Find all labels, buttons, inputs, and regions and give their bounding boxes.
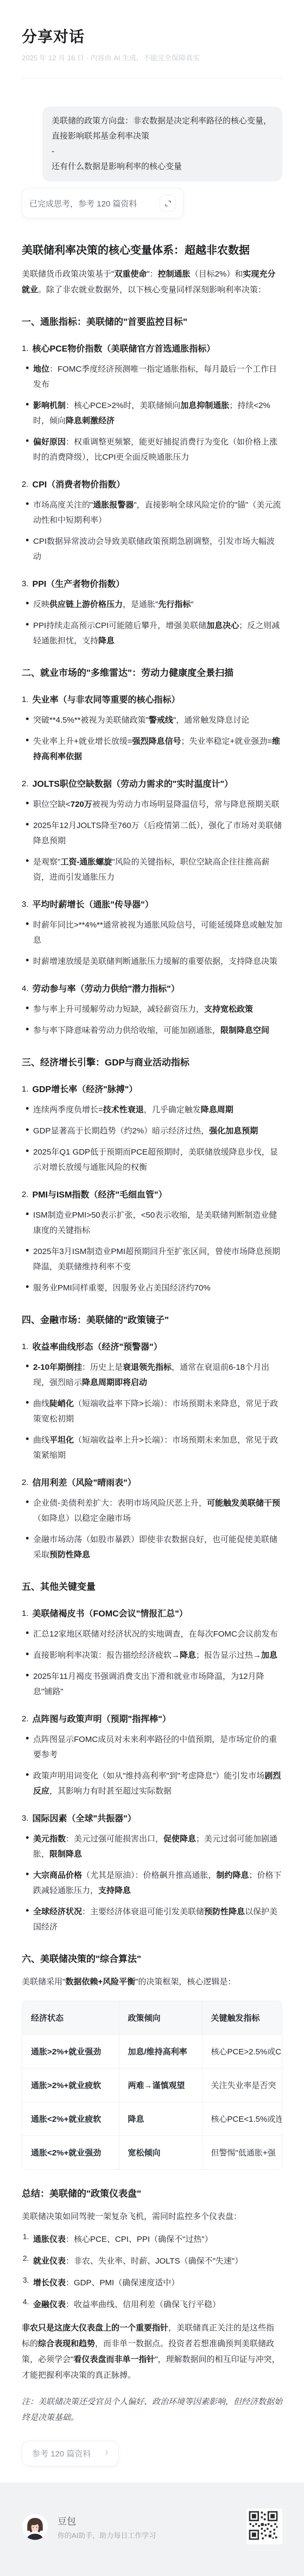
list-number: 1. (22, 342, 29, 355)
bold-text: 降息周期即将启动 (82, 1378, 147, 1387)
bullet-item: ●影响机制：核心PCE>2%时，美联储倾向加息抑制通胀；持续<2%时，倾向降息刺… (33, 398, 282, 429)
text-run: 2025年11月褐皮书强调消费支出下滑和就业市场降温，为12月降息"铺路" (33, 1672, 264, 1696)
table-header-cell: 关键触发指标 (202, 2001, 282, 2035)
bullet-dot: ● (26, 1122, 29, 1137)
article-subheading: 1.美联储褐皮书（FOMC会议"情报汇总"） (22, 1607, 282, 1621)
bold-text: 看仪表盘而非单一指针 (73, 2355, 155, 2364)
text-run: 美联储货币政策决策基于" (22, 269, 114, 279)
text-run: 参与率下降意味着劳动力供给收缩，可能加剧通胀， (33, 1026, 220, 1035)
text-run: 是观察" (33, 857, 60, 867)
list-number: 2. (22, 1188, 29, 1201)
text-run: 2025年Q1 GDP低于预期而PCE超预期时，美联储放缓降息步伐，显示对增长放… (33, 1148, 278, 1172)
text-run: 信用利差（风险"晴雨表"） (33, 1478, 136, 1488)
bullet-dot: ● (26, 853, 29, 868)
text-run: ISM制造业PMI>50表示扩张，<50表示收缩，是美联储判断制造业健康度的关键… (33, 1211, 277, 1235)
text-run: 一、通胀指标：美联储的"首要监控目标" (22, 317, 187, 327)
text-run: 二、就业市场的"多维雷达"：劳动力健康度全景扫描 (22, 668, 233, 678)
text-run: 美联储利率决策的核心变量体系：超越非农数据 (22, 245, 250, 256)
bold-text: 强化加息预期 (209, 1126, 258, 1136)
page-meta: 2025 年 12 月 16 日 · 内容由 AI 生成，不能完全保障真实 (22, 52, 282, 62)
text-run: 政策声明用词变化（如从"维持高利率"到"考虑降息"）能引发市场 (33, 1771, 264, 1781)
footer-brand: 豆包 你的AI助手，助力每日工作学习 (22, 2514, 156, 2540)
text-run: "： (147, 269, 157, 279)
text-run: ，其影响力有时甚至超过实际数据 (49, 1787, 172, 1796)
bullet-list: ●企业债-美债利差扩大：表明市场风险厌恶上升，可能触发美联储干预（如降息）以稳定… (22, 1496, 282, 1563)
text-run: 服务业PMI同样重要，因服务业占美国经济约70% (33, 1283, 211, 1293)
bold-text: 地位 (33, 365, 49, 374)
bold-text: 全球经济状况 (33, 1907, 82, 1916)
article-heading: 美联储利率决策的核心变量体系：超越非农数据 (22, 242, 282, 259)
article-subheading: 1.收益率曲线形态（经济"预警器"） (22, 1340, 282, 1354)
main-content: 分享对话 2025 年 12 月 16 日 · 内容由 AI 生成，不能完全保障… (0, 0, 304, 2483)
table-cell: 核心PCE>2.5%或C (202, 2035, 282, 2069)
bold-text: 制约降息 (217, 1871, 249, 1880)
text-run: 美联储褐皮书（FOMC会议"情报汇总"） (33, 1609, 188, 1619)
bullet-item: ●突破**4.5%**被视为美联储政策"警戒线"，通常触发降息讨论 (33, 713, 282, 728)
text-run: 曲线 (33, 1399, 49, 1408)
bullet-dot: ● (26, 1101, 29, 1116)
bullet-item: ●服务业PMI同样重要，因服务业占美国经济约70% (33, 1281, 282, 1296)
bullet-item: ●ISM制造业PMI>50表示扩张，<50表示收缩，是美联储判断制造业健康度的关… (33, 1208, 282, 1238)
bullet-dot: ● (26, 397, 29, 412)
bold-text: 金融仪表 (33, 2300, 66, 2309)
table-cell: 宽松倾向 (119, 2136, 202, 2170)
bullet-list: ●时薪年同比>**4%**通常被视为通胀风险信号，可能延缓降息或触发加息●时薪增… (22, 918, 282, 969)
bullet-list: ●市场高度关注的"通胀报警器"，直接影响全球风险定价的"锚"（美元流动性和中短期… (22, 498, 282, 565)
text-run: 国际因素（全球"共振器"） (33, 1814, 136, 1823)
bold-text: 陡峭化 (49, 1399, 74, 1408)
bullet-dot: ● (26, 1243, 29, 1258)
article-heading: 三、经济增长引擎：GDP与商业活动指标 (22, 1056, 282, 1070)
list-number: 3. (22, 577, 29, 591)
bullet-list: ●美元指数：美元过强可能损害出口，促使降息；美元过弱可能加剧通胀，限制降息●大宗… (22, 1832, 282, 1935)
bullet-item: ●失业率上升+就业增长放缓=强烈降息信号；失业率稳定+就业强劲=维持高利率依据 (33, 734, 282, 764)
bullet-dot: ● (26, 596, 29, 611)
list-number: 1. (23, 2229, 29, 2245)
bullet-dot: ● (26, 711, 29, 726)
expand-button[interactable] (160, 195, 176, 211)
list-number: 1. (22, 1607, 29, 1620)
bold-text: 通胀报警器 (93, 500, 134, 510)
text-run: 时薪年同比>**4%**通常被视为通胀风险信号，可能延缓降息或触发加息 (33, 920, 282, 945)
subheading-text: 劳动参与率（劳动力供给"潜力指标"） (33, 982, 180, 996)
bold-text: 强烈降息信号 (132, 737, 181, 746)
bullet-item: ●曲线陡峭化（短端收益率下降>长端）：市场预期未来降息，常见于政策宽松初期 (33, 1396, 282, 1427)
list-number: 1. (22, 693, 29, 706)
bullet-item: ●全球经济状况：主要经济体衰退可能引发美联储预防性降息以保护美国经济 (33, 1904, 282, 1935)
table-row: 通胀>2%+就业强劲加息/维持高利率核心PCE>2.5%或C (22, 2035, 282, 2069)
list-number: 2. (22, 1712, 29, 1726)
bullet-item: ●参与率下降意味着劳动力供给收缩，可能加剧通胀，限制降息空间 (33, 1023, 282, 1038)
text-run: CPI数据异常波动会导致美联储政策预期急剧调整，引发市场大幅波动 (33, 537, 275, 561)
text-run: JOLTS职位空缺数据（劳动力需求的"实时温度计"） (33, 780, 233, 789)
bullet-item: ●美元指数：美元过强可能损害出口，促使降息；美元过弱可能加剧通胀，限制降息 (33, 1832, 282, 1862)
subheading-text: JOLTS职位空缺数据（劳动力需求的"实时温度计"） (33, 778, 233, 791)
bold-text: 非农只是这庞大仪表盘上的一个重要指针 (22, 2323, 168, 2333)
table-cell: 通胀<2%+就业疲软 (22, 2102, 119, 2136)
bold-text: 供应链上游价格压力 (49, 600, 123, 609)
text-run: 失业率（与非农同等重要的核心指标） (33, 695, 180, 705)
text-run: 核心PCE物价指数（美联储官方首选通胀指标） (33, 344, 216, 354)
bold-text: 加息抑制通胀 (180, 401, 229, 410)
bullet-item: ●企业债-美债利差扩大：表明市场风险厌恶上升，可能触发美联储干预（如降息）以稳定… (33, 1496, 282, 1526)
text-run: 六、美联储决策的"综合算法" (22, 1954, 141, 1964)
bold-text: 数据依赖+风险平衡 (65, 1977, 135, 1986)
user-message-line: 美联储的政策方向盘：非农数据是决定利率路径的核心变量，直接影响联邦基金利率决策 (52, 114, 273, 144)
text-run: 市场高度关注的" (33, 500, 93, 510)
text-run: 2025年12月JOLTS降至760万（后疫情第二低），强化了市场对美联储降息预… (33, 821, 282, 845)
bullet-list: ●参与率上升可缓解劳动力短缺，减轻薪资压力，支持宽松政策●参与率下降意味着劳动力… (22, 1002, 282, 1038)
text-run: 参与率上升可缓解劳动力短缺，减轻薪资压力， (33, 1005, 204, 1014)
bullet-dot: ● (26, 1646, 29, 1662)
subheading-text: 平均时薪增长（通胀"传导器"） (33, 898, 154, 912)
article-subheading: 1.核心PCE物价指数（美联储官方首选通胀指标） (22, 342, 282, 356)
bullet-item: ●2-10年期倒挂：历史上是衰退领先指标，通常在衰退前6-18个月出现，强烈暗示… (33, 1360, 282, 1390)
bold-text: 技术性衰退 (103, 1105, 144, 1114)
subheading-text: 失业率（与非农同等重要的核心指标） (33, 693, 180, 707)
text-run: 直接影响利率决策：报告描绘经济疲软→ (33, 1651, 180, 1660)
decision-table: 经济状态政策倾向关键触发指标通胀>2%+就业强劲加息/维持高利率核心PCE>2.… (22, 2001, 282, 2170)
bullet-item: ●是观察"工资-通胀螺旋"风险的关键指标，职位空缺高企往往推高薪资，进而引发通胀… (33, 855, 282, 885)
article-subheading: 4.劳动参与率（劳动力供给"潜力指标"） (22, 982, 282, 996)
table-row: 通胀<2%+就业强劲宽松倾向但警惕"低通胀+强 (22, 2136, 282, 2170)
table: 经济状态政策倾向关键触发指标通胀>2%+就业强劲加息/维持高利率核心PCE>2.… (22, 2001, 282, 2169)
user-message-row: 美联储的政策方向盘：非农数据是决定利率路径的核心变量，直接影响联邦基金利率决策-… (22, 106, 282, 181)
bold-text: 2-10年期倒挂 (33, 1363, 82, 1372)
list-number: 4. (22, 982, 29, 995)
text-run: 四、金融市场：美联储的"政策镜子" (22, 1315, 169, 1325)
bullet-list: ●职位空缺<720万被视为劳动力市场明显降温信号，常与降息预期关联●2025年1… (22, 797, 282, 885)
bullet-item: ●2025年Q1 GDP低于预期而PCE超预期时，美联储放缓降息步伐，显示对增长… (33, 1145, 282, 1175)
article-subheading: 1.失业率（与非农同等重要的核心指标） (22, 693, 282, 707)
article-paragraph: 美联储决策如同驾驶一架复杂飞机，需同时监控多个仪表盘： (22, 2209, 282, 2224)
text-run: ：收益率曲线、信用利差（确保飞行平稳） (66, 2300, 220, 2309)
list-number: 2. (22, 777, 29, 791)
text-run: GDP增长率（经济"脉搏"） (33, 1085, 138, 1094)
thinking-status-label: 已完成思考，参考 120 篇资料 (29, 198, 137, 209)
text-run: 点阵图显示FOMC成员对未来利率路径的中值预期，是市场定价的重要参考 (33, 1735, 277, 1759)
text-run: PPI持续走高预示CPI可能随后攀升，增强美联储 (33, 621, 206, 630)
bold-text: 降息刺激经济 (66, 416, 115, 425)
bullet-item: ●点阵图显示FOMC成员对未来利率路径的中值预期，是市场定价的重要参考 (33, 1732, 282, 1763)
share-conversation-page: 分享对话 2025 年 12 月 16 日 · 内容由 AI 生成，不能完全保障… (0, 0, 304, 2576)
subheading-text: PMI与ISM指数（经济"毛细血管"） (33, 1188, 167, 1202)
article-heading: 一、通胀指标：美联储的"首要监控目标" (22, 315, 282, 329)
bold-text: 控制通胀 (158, 269, 191, 279)
list-number: 2. (22, 478, 29, 491)
table-row: 通胀<2%+就业疲软降息核心PCE<1.5%或连 (22, 2102, 282, 2136)
bullet-dot: ● (26, 916, 29, 931)
page-title: 分享对话 (22, 25, 282, 47)
expand-icon (164, 199, 172, 208)
bold-text: 通胀仪表 (33, 2235, 66, 2244)
article-heading: 四、金融市场：美联储的"政策镜子" (22, 1313, 282, 1327)
text-run: （如降息）以稳定金融市场 (33, 1514, 131, 1523)
bold-text: 偏好原因 (33, 437, 66, 447)
table-cell: 关注失业率是否突 (202, 2069, 282, 2102)
bullet-dot: ● (26, 1143, 29, 1158)
text-run: 职位空缺< (33, 800, 71, 809)
bullet-dot: ● (26, 1358, 29, 1374)
text-run: ：主要经济体衰退可能引发美联储 (82, 1907, 204, 1916)
bullet-item: ●连续两季度负增长=技术性衰退，几乎确定触发降息周期 (33, 1102, 282, 1118)
text-run: 汇总12家地区联储对经济状况的实地调查，在每次FOMC会议前发布 (33, 1629, 278, 1639)
text-run: 三、经济增长引擎：GDP与商业活动指标 (22, 1057, 189, 1068)
bold-text: 降息 (98, 636, 115, 645)
bullet-item: ●汇总12家地区联储对经济状况的实地调查，在每次FOMC会议前发布 (33, 1627, 282, 1642)
article-subheading: 2.信用利差（风险"晴雨表"） (22, 1476, 282, 1490)
bullet-item: ●CPI数据异常波动会导致美联储政策预期急剧调整，引发市场大幅波动 (33, 534, 282, 565)
subheading-text: 美联储褐皮书（FOMC会议"情报汇总"） (33, 1607, 188, 1621)
text-run: 反映 (33, 600, 49, 609)
bullet-dot: ● (26, 1731, 29, 1746)
table-cell: 降息 (119, 2102, 202, 2136)
text-run: 美联储采用" (22, 1977, 65, 1986)
bullet-dot: ● (26, 360, 29, 375)
table-row: 通胀>2%+就业疲软两难→谨慎观望关注失业率是否突 (22, 2069, 282, 2102)
bullet-list: ●ISM制造业PMI>50表示扩张，<50表示收缩，是美联储判断制造业健康度的关… (22, 1208, 282, 1296)
text-run: ；报告显示过热→ (196, 1651, 261, 1660)
bold-text: 影响机制 (33, 401, 66, 410)
app-name: 豆包 (58, 2514, 156, 2527)
article-subheading: 2.CPI（消费者物价指数） (22, 478, 282, 492)
bullet-list: ●2-10年期倒挂：历史上是衰退领先指标，通常在衰退前6-18个月出现，强烈暗示… (22, 1360, 282, 1463)
table-cell: 核心PCE<1.5%或连 (202, 2102, 282, 2136)
text-run: "，通常触发降息讨论 (173, 716, 249, 725)
bullet-dot: ● (26, 1767, 29, 1782)
table-cell: 通胀>2%+就业强劲 (22, 2035, 119, 2069)
article-heading: 总结：美联储的"政策仪表盘" (22, 2187, 282, 2201)
user-message-bubble: 美联储的政策方向盘：非农数据是决定利率路径的核心变量，直接影响联邦基金利率决策-… (42, 106, 282, 181)
text-run: 企业债-美债利差扩大：表明市场风险厌恶上升， (33, 1499, 207, 1508)
bullet-item: ●金融市场动荡（如股市暴跌）即使非农数据良好，也可能促使美联储采取预防性降息 (33, 1532, 282, 1563)
list-number: 3. (22, 1812, 29, 1825)
text-run: 劳动参与率（劳动力供给"潜力指标"） (33, 985, 180, 994)
thinking-status-bar[interactable]: 已完成思考，参考 120 篇资料 (22, 188, 183, 218)
text-run: 失业率上升+就业增长放缓= (33, 737, 132, 746)
chevron-right-icon: › (105, 2449, 108, 2456)
bullet-dot: ● (26, 1021, 29, 1037)
bullet-item: ●市场高度关注的"通胀报警器"，直接影响全球风险定价的"锚"（美元流动性和中短期… (33, 498, 282, 528)
bullet-item: ●2025年12月JOLTS降至760万（后疫情第二低），强化了市场对美联储降息… (33, 818, 282, 849)
bold-text: 增长仪表 (33, 2278, 66, 2287)
bold-text: 降息 (180, 1651, 196, 1660)
text-run: 平均时薪增长（通胀"传导器"） (33, 900, 154, 910)
bold-text: 720万 (71, 800, 92, 809)
numbered-item: 3.增长仪表：GDP、PMI（确保速度适中） (33, 2276, 282, 2291)
bold-text: 就业仪表 (33, 2257, 66, 2266)
subheading-text: PPI（生产者物价指数） (33, 578, 125, 591)
bold-text: 预防性降息 (49, 1550, 90, 1559)
text-run: 2025年3月ISM制造业PMI超预期回升至扩张区间，曾使市场降息预期降温，美联… (33, 1247, 280, 1271)
table-cell: 但警惕"低通胀+强 (202, 2136, 282, 2170)
bullet-dot: ● (26, 1903, 29, 1918)
text-run: ：权重调整更频繁，能更好捕捉消费行为变化（如价格上涨时的消费降级），比CPI更全… (33, 437, 277, 462)
text-run: ，几乎确定触发 (144, 1105, 201, 1114)
text-run: CPI（消费者物价指数） (33, 480, 125, 490)
bullet-item: ●时薪年同比>**4%**通常被视为通胀风险信号，可能延缓降息或触发加息 (33, 918, 282, 948)
bold-text: 加息 (261, 1651, 277, 1660)
text-run: 连续两季度负增长= (33, 1105, 103, 1114)
bullet-dot: ● (26, 1625, 29, 1640)
text-run: ：非农、失业率、时薪、JOLTS（确保不"失速"） (66, 2257, 243, 2266)
bullet-dot: ● (26, 617, 29, 632)
bullet-dot: ● (26, 732, 29, 748)
text-run: ：GDP、PMI（确保速度适中） (66, 2278, 179, 2287)
bold-text: 衰退领先指标 (123, 1363, 172, 1372)
text-run: 时薪增速放缓是美联储判断通胀压力缓解的重要依据，支持降息决策 (33, 957, 277, 966)
numbered-item: 1.通胀仪表：核心PCE、CPI、PPI（确保不"过热"） (33, 2232, 282, 2247)
bold-text: 大宗商品价格 (33, 1871, 82, 1880)
footer-texts: 豆包 你的AI助手，助力每日工作学习 (58, 2514, 156, 2540)
text-run: PMI与ISM指数（经济"毛细血管"） (33, 1190, 167, 1200)
text-run: 美联储决策如同驾驶一架复杂飞机，需同时监控多个仪表盘： (22, 2212, 242, 2221)
text-run: ：核心PCE>2%时，美联储倾向 (66, 401, 180, 410)
bullet-dot: ● (26, 1279, 29, 1294)
subheading-text: GDP增长率（经济"脉搏"） (33, 1083, 138, 1096)
bullet-dot: ● (26, 1395, 29, 1410)
bullet-list: ●反映供应链上游价格压力，是通胀"先行指标"●PPI持续走高预示CPI可能随后攀… (22, 597, 282, 649)
user-message-line: - (52, 144, 273, 159)
text-run: 被视为劳动力市场明显降温信号，常与降息预期关联 (92, 800, 280, 809)
bold-text: 加息决心 (206, 621, 239, 630)
bullet-item: ●PPI持续走高预示CPI可能随后攀升，增强美联储加息决心；反之则减轻通胀担忧，… (33, 618, 282, 649)
text-run: ，是通胀" (123, 600, 158, 609)
bold-text: 促使降息 (163, 1834, 196, 1844)
text-run: ：历史上是 (82, 1363, 123, 1372)
text-run: GDP显著高于长期趋势（约2%）暗示经济过热， (33, 1126, 209, 1136)
article-note: 注：美联储决策还受官员个人偏好、政治环境等因素影响，但经济数据始终是决策基础。 (22, 2394, 282, 2425)
app-tagline: 你的AI助手，助力每日工作学习 (58, 2530, 156, 2540)
text-run: 总结：美联储的"政策仪表盘" (22, 2189, 141, 2199)
article-paragraph: 美联储货币政策决策基于"双重使命"：控制通胀（目标2%）和实现充分就业。除了非农… (22, 266, 282, 298)
list-number: 2. (22, 1476, 29, 1489)
references-button[interactable]: 参考 120 篇资料 › (22, 2441, 119, 2466)
table-header-cell: 政策倾向 (119, 2001, 202, 2035)
list-number: 1. (22, 1082, 29, 1096)
bullet-item: ●时薪增速放缓是美联储判断通胀压力缓解的重要依据，支持降息决策 (33, 954, 282, 969)
article-subheading: 3.平均时薪增长（通胀"传导器"） (22, 898, 282, 912)
text-run: 五、其他关键变量 (22, 1582, 96, 1592)
bullet-item: ●政策声明用词变化（如从"维持高利率"到"考虑降息"）能引发市场剧烈反应，其影响… (33, 1769, 282, 1799)
list-number: 4. (23, 2295, 29, 2310)
text-run: （目标2%）和 (191, 269, 243, 279)
bullet-item: ●参与率上升可缓解劳动力短缺，减轻薪资压力，支持宽松政策 (33, 1002, 282, 1017)
bullet-item: ●2025年11月褐皮书强调消费支出下滑和就业市场降温，为12月降息"铺路" (33, 1669, 282, 1700)
list-number: 2. (23, 2251, 29, 2266)
subheading-text: 收益率曲线形态（经济"预警器"） (33, 1340, 162, 1354)
text-run: 曲线 (33, 1436, 49, 1445)
bold-text: 双重使命 (114, 269, 147, 279)
article-subheading: 2.PMI与ISM指数（经济"毛细血管"） (22, 1188, 282, 1202)
numbered-item: 2.就业仪表：非农、失业率、时薪、JOLTS（确保不"失速"） (33, 2254, 282, 2269)
references-label: 参考 120 篇资料 (32, 2448, 91, 2459)
bold-text: 美元指数 (33, 1834, 66, 1844)
table-cell: 两难→谨慎观望 (119, 2069, 202, 2102)
bullet-dot: ● (26, 1531, 29, 1546)
text-run: ；失业率稳定+就业强劲= (181, 737, 273, 746)
text-run: " (191, 600, 193, 609)
bullet-dot: ● (26, 817, 29, 832)
table-header-row: 经济状态政策倾向关键触发指标 (22, 2001, 282, 2035)
assistant-answer: 美联储利率决策的核心变量体系：超越非农数据美联储货币政策决策基于"双重使命"：控… (22, 242, 282, 2425)
bold-text: 支持降息 (98, 1886, 131, 1895)
table-header-cell: 经济状态 (22, 2001, 119, 2035)
list-number: 3. (22, 898, 29, 911)
subheading-text: 国际因素（全球"共振器"） (33, 1812, 136, 1826)
bullet-item: ●地位：FOMC季度经济预测唯一指定通胀指标，每月最后一个工作日发布 (33, 362, 282, 392)
subheading-text: CPI（消费者物价指数） (33, 478, 125, 492)
bullet-dot: ● (26, 1000, 29, 1016)
bold-text: 先行指标 (158, 600, 191, 609)
bold-text: 支持宽松政策 (204, 1005, 253, 1014)
numbered-item: 4.金融仪表：收益率曲线、信用利差（确保飞行平稳） (33, 2297, 282, 2312)
subheading-text: 点阵图与政策声明（预期"指挥棒"） (33, 1713, 171, 1726)
bullet-item: ●曲线平坦化（短端收益率上升>长端）：市场预期未来加息，常见于政策紧缩期 (33, 1433, 282, 1463)
bullet-dot: ● (26, 1431, 29, 1446)
bullet-item: ●偏好原因：权重调整更频繁，能更好捕捉消费行为变化（如价格上涨时的消费降级），比… (33, 435, 282, 465)
bullet-list: ●地位：FOMC季度经济预测唯一指定通胀指标，每月最后一个工作日发布●影响机制：… (22, 362, 282, 465)
bullet-dot: ● (26, 795, 29, 811)
text-run: （尤其是原油）：价格飙升推高通胀， (82, 1871, 217, 1880)
article-heading: 六、美联储决策的"综合算法" (22, 1952, 282, 1966)
bullet-dot: ● (26, 1668, 29, 1683)
user-message-line: 还有什么数据是影响利率的核心变量 (52, 159, 273, 174)
bullet-list: ●连续两季度负增长=技术性衰退，几乎确定触发降息周期●GDP显著高于长期趋势（约… (22, 1102, 282, 1175)
text-run: 注：美联储决策还受官员个人偏好、政治环境等因素影响，但经济数据始终是决策基础。 (22, 2397, 282, 2422)
bullet-item: ●大宗商品价格（尤其是原油）：价格飙升推高通胀，制约降息；价格下跌减轻通胀压力，… (33, 1868, 282, 1898)
bold-text: 预防性降息 (204, 1907, 245, 1916)
bold-text: 工资-通胀螺旋 (60, 857, 112, 867)
list-number: 3. (23, 2273, 29, 2288)
list-number: 1. (22, 1340, 29, 1353)
bullet-list: ●突破**4.5%**被视为美联储政策"警戒线"，通常触发降息讨论●失业率上升+… (22, 713, 282, 764)
table-cell: 加息/维持高利率 (119, 2035, 202, 2069)
bullet-dot: ● (26, 496, 29, 511)
article-heading: 二、就业市场的"多维雷达"：劳动力健康度全景扫描 (22, 666, 282, 680)
table-cell: 通胀>2%+就业疲软 (22, 2069, 119, 2102)
text-run: 。除了非农就业数据外，以下核心变量同样深刻影响利率决策： (38, 285, 266, 294)
bullet-item: ●GDP显著高于长期趋势（约2%）暗示经济过热，强化加息预期 (33, 1124, 282, 1139)
text-run: ：美元过强可能损害出口， (66, 1834, 163, 1844)
footer: 豆包 你的AI助手，助力每日工作学习 (0, 2483, 304, 2576)
text-run: 突破**4.5%**被视为美联储政策" (33, 716, 149, 725)
text-run: "的决策框架，核心逻辑是： (135, 1977, 236, 1986)
article-subheading: 3.国际因素（全球"共振器"） (22, 1812, 282, 1826)
subheading-text: 信用利差（风险"晴雨表"） (33, 1476, 136, 1490)
article-subheading: 2.JOLTS职位空缺数据（劳动力需求的"实时温度计"） (22, 778, 282, 791)
bold-text: 综合表现和趋势 (38, 2339, 95, 2348)
article-subheading: 3.PPI（生产者物价指数） (22, 578, 282, 591)
bullet-dot: ● (26, 532, 29, 548)
bullet-item: ●反映供应链上游价格压力，是通胀"先行指标" (33, 597, 282, 612)
bold-text: 平坦化 (49, 1436, 74, 1445)
bold-text: 可能触发美联储干预 (207, 1499, 280, 1508)
text-run: 收益率曲线形态（经济"预警器"） (33, 1343, 162, 1352)
bullet-dot: ● (26, 1494, 29, 1509)
table-cell: 通胀<2%+就业强劲 (22, 2136, 119, 2170)
text-run: ：核心PCE、CPI、PPI（确保不"过热"） (66, 2235, 213, 2244)
bullet-dot: ● (26, 433, 29, 448)
bullet-list: ●点阵图显示FOMC成员对未来利率路径的中值预期，是市场定价的重要参考●政策声明… (22, 1732, 282, 1799)
bullet-dot: ● (26, 1866, 29, 1882)
text-run: PPI（生产者物价指数） (33, 580, 125, 589)
text-run: 点阵图与政策声明（预期"指挥棒"） (33, 1715, 171, 1724)
bold-text: 降息周期 (201, 1105, 233, 1114)
bullet-item: ●直接影响利率决策：报告描绘经济疲软→降息；报告显示过热→加息 (33, 1648, 282, 1663)
qr-code (246, 2509, 282, 2544)
article-subheading: 1.GDP增长率（经济"脉搏"） (22, 1083, 282, 1096)
